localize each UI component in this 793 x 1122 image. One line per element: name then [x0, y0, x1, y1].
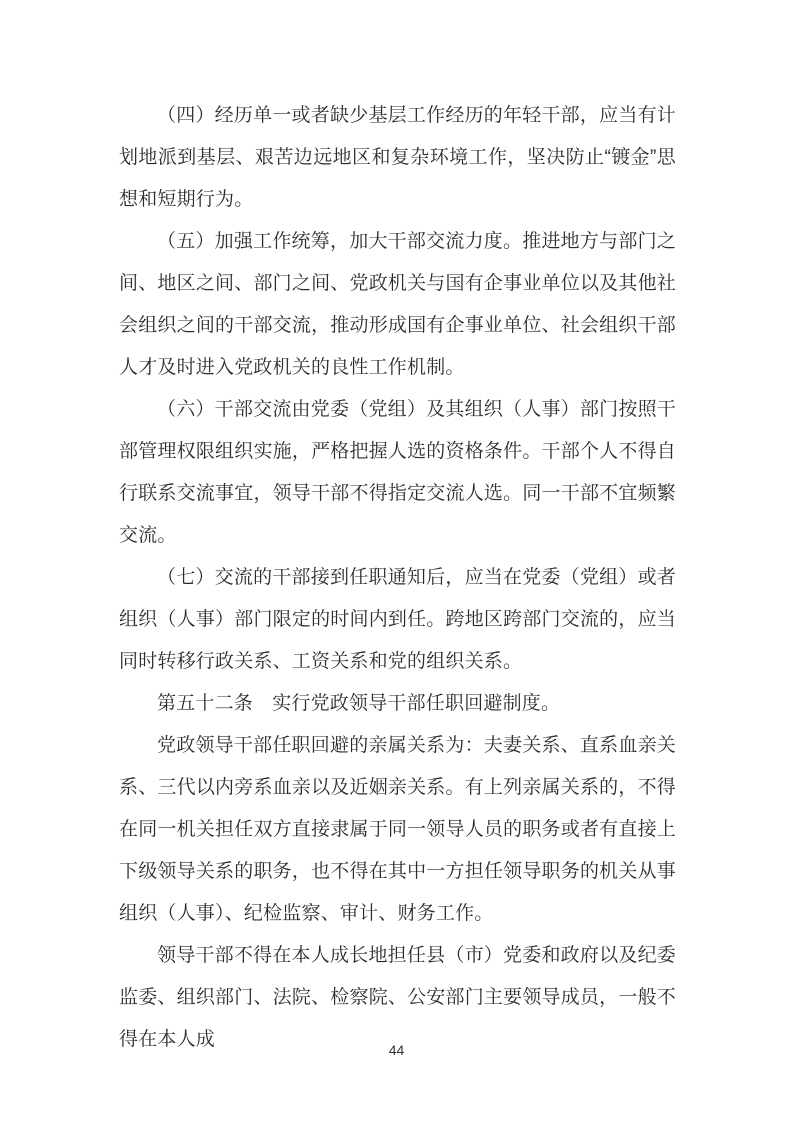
- document-body: （四）经历单一或者缺少基层工作经历的年轻干部，应当有计划地派到基层、艰苦边远地区…: [119, 95, 676, 1061]
- document-page: （四）经历单一或者缺少基层工作经历的年轻干部，应当有计划地派到基层、艰苦边远地区…: [0, 0, 793, 1122]
- paragraph-clause-7: （七）交流的干部接到任职通知后，应当在党委（党组）或者组织（人事）部门限定的时间…: [119, 557, 676, 683]
- paragraph-clause-5: （五）加强工作统筹，加大干部交流力度。推进地方与部门之间、地区之间、部门之间、党…: [119, 221, 676, 389]
- page-number: 44: [0, 1042, 793, 1058]
- paragraph-article-52-body: 党政领导干部任职回避的亲属关系为：夫妻关系、直系血亲关系、三代以内旁系血亲以及近…: [119, 725, 676, 935]
- paragraph-article-52-heading: 第五十二条 实行党政领导干部任职回避制度。: [119, 683, 676, 725]
- paragraph-clause-6: （六）干部交流由党委（党组）及其组织（人事）部门按照干部管理权限组织实施，严格把…: [119, 389, 676, 557]
- paragraph-clause-4: （四）经历单一或者缺少基层工作经历的年轻干部，应当有计划地派到基层、艰苦边远地区…: [119, 95, 676, 221]
